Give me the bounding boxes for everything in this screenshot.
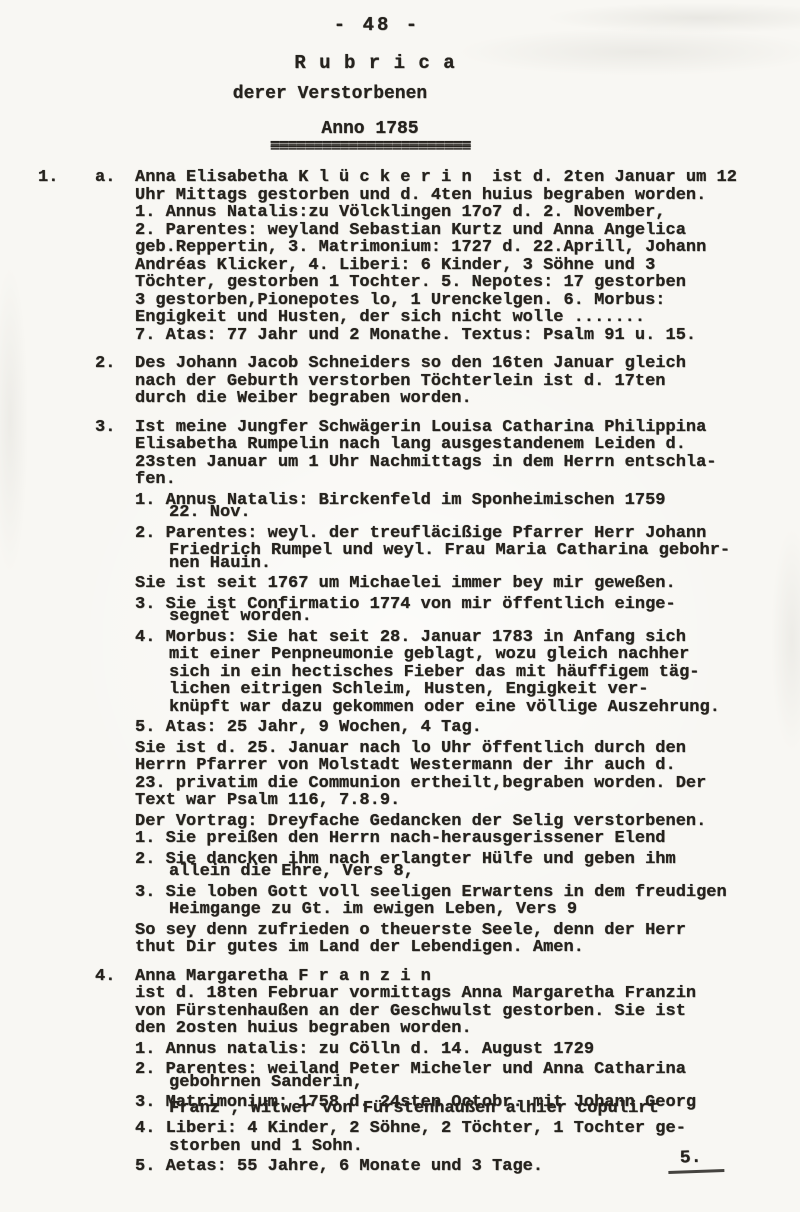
entry-line: nach der Geburth verstorben Töchterlein … xyxy=(135,373,784,391)
entry-block: 5. Atas: 25 Jahr, 9 Wochen, 4 Tag. xyxy=(135,719,784,737)
entry-line: Elisabetha Rumpelin nach lang ausgestand… xyxy=(135,436,784,454)
entry-line: Franz , Witwer von Fürstenhaußen alhier … xyxy=(135,1100,784,1118)
entry-line: Ist meine Jungfer Schwägerin Louisa Cath… xyxy=(135,419,784,437)
entry-block: So sey denn zufrieden o theuerste Seele,… xyxy=(135,922,784,957)
entry-line: fen. xyxy=(135,471,784,489)
entry-line: 3. Sie loben Gott voll seeligen Erwarten… xyxy=(135,884,784,902)
entry-block: Sie ist seit 1767 um Michaelei immer bey… xyxy=(135,575,784,593)
entry-line: 4. Morbus: Sie hat seit 28. Januar 1783 … xyxy=(135,629,784,647)
entry-line: 5. Atas: 25 Jahr, 9 Wochen, 4 Tag. xyxy=(135,719,784,737)
entry-line: lichen eitrigen Schleim, Husten, Engigke… xyxy=(135,681,784,699)
entry-number: 1. xyxy=(38,169,95,187)
document-header: - 48 - R u b r i c a derer Verstorbenen … xyxy=(0,0,800,153)
entry-subnumber: 2. xyxy=(95,355,135,373)
entry-block: 3. Sie loben Gott voll seeligen Erwarten… xyxy=(135,884,784,919)
entry-line: Anna Elisabetha K l ü c k e r i n ist d.… xyxy=(135,169,784,187)
entry-line: 23. privatim die Communion ertheilt,begr… xyxy=(135,775,784,793)
register-entry: 2.Des Johann Jacob Schneiders so den 16t… xyxy=(0,355,800,408)
entry-line: 2. Parentes: weyl. der treufläcißige Pfa… xyxy=(135,525,784,543)
entry-line: knüpft war dazu gekommen oder eine völli… xyxy=(135,699,784,717)
entry-line: So sey denn zufrieden o theuerste Seele,… xyxy=(135,922,784,940)
register-entry: 3.Ist meine Jungfer Schwägerin Louisa Ca… xyxy=(0,419,800,957)
entry-line: Andréas Klicker, 4. Liberi: 6 Kinder, 3 … xyxy=(135,257,784,275)
entry-line: Engigkeit und Husten, der sich nicht wol… xyxy=(135,309,784,327)
entry-line: 2. Parentes: weyland Sebastian Kurtz und… xyxy=(135,222,784,240)
entry-block: 1. Annus Natalis: Birckenfeld im Sponhei… xyxy=(135,492,784,522)
entry-line: 23sten Januar um 1 Uhr Nachmittags in de… xyxy=(135,454,784,472)
entry-subnumber: 3. xyxy=(95,419,135,437)
document-subtitle: derer Verstorbenen xyxy=(0,83,730,106)
entry-block: 1. Annus natalis: zu Cölln d. 14. August… xyxy=(135,1041,784,1059)
entry-block: 2. Parentes: weiland Peter Micheler und … xyxy=(135,1061,784,1091)
entry-block: 4. Morbus: Sie hat seit 28. Januar 1783 … xyxy=(135,629,784,717)
entry-line: 7. Atas: 77 Jahr und 2 Monathe. Textus: … xyxy=(135,327,784,345)
entry-block: 2. Parentes: weyl. der treufläcißige Pfa… xyxy=(135,525,784,573)
entry-line: Der Vortrag: Dreyfache Gedancken der Sel… xyxy=(135,813,784,831)
entry-block: Anna Elisabetha K l ü c k e r i n ist d.… xyxy=(135,169,784,344)
entry-line: 4. Liberi: 4 Kinder, 2 Söhne, 2 Töchter,… xyxy=(135,1120,784,1138)
entry-line: Sie ist seit 1767 um Michaelei immer bey… xyxy=(135,575,784,593)
entry-line: Text war Psalm 116, 7.8.9. xyxy=(135,792,784,810)
register-entry: 4.Anna Margaretha F r a n z i nist d. 18… xyxy=(0,968,800,1176)
entry-block: Der Vortrag: Dreyfache Gedancken der Sel… xyxy=(135,813,784,848)
entry-block: 2. Sie dancken ihm nach erlangter Hülfe … xyxy=(135,851,784,881)
entry-block: Sie ist d. 25. Januar nach lo Uhr öffent… xyxy=(135,740,784,810)
entry-block: Anna Margaretha F r a n z i nist d. 18te… xyxy=(135,968,784,1038)
entry-line: geb.Reppertin, 3. Matrimonium: 1727 d. 2… xyxy=(135,239,784,257)
entry-block: 3. Matrimonium: 1758 d. 24sten Octobr. m… xyxy=(135,1094,784,1117)
register-entry: 1.a.Anna Elisabetha K l ü c k e r i n is… xyxy=(0,169,800,344)
entry-body: Ist meine Jungfer Schwägerin Louisa Cath… xyxy=(135,419,800,957)
entry-body: Anna Margaretha F r a n z i nist d. 18te… xyxy=(135,968,800,1176)
entry-line: 1. Annus natalis: zu Cölln d. 14. August… xyxy=(135,1041,784,1059)
document-page: - 48 - R u b r i c a derer Verstorbenen … xyxy=(0,0,800,1212)
document-title: R u b r i c a xyxy=(0,51,775,75)
entry-line: thut Dir gutes im Land der Lebendigen. A… xyxy=(135,939,784,957)
entry-line: ist d. 18ten Februar vormittags Anna Mar… xyxy=(135,985,784,1003)
page-number-top: - 48 - xyxy=(0,13,777,37)
entry-line: 3 gestorben,Pionepotes lo, 1 Urenckelgen… xyxy=(135,292,784,310)
entry-body: Des Johann Jacob Schneiders so den 16ten… xyxy=(135,355,800,408)
entry-line: Anna Margaretha F r a n z i n xyxy=(135,968,784,986)
entry-line: den 2osten huius begraben worden. xyxy=(135,1020,784,1038)
entry-line: Sie ist d. 25. Januar nach lo Uhr öffent… xyxy=(135,740,784,758)
entry-line: Uhr Mittags gestorben und d. 4ten huius … xyxy=(135,187,784,205)
entry-line: Herrn Pfarrer von Molstadt Westermann de… xyxy=(135,757,784,775)
entry-line: 1. Annus Natalis:zu Völcklingen 17o7 d. … xyxy=(135,204,784,222)
entry-line: sich in ein hectisches Fieber das mit hä… xyxy=(135,664,784,682)
entry-line: von Fürstenhaußen an der Geschwulst gest… xyxy=(135,1003,784,1021)
entry-block: 3. Sie ist Confirmatio 1774 von mir öffe… xyxy=(135,596,784,626)
entry-line: Töchter, gestorben 1 Tochter. 5. Nepotes… xyxy=(135,274,784,292)
entry-line: Heimgange zu Gt. im ewigen Leben, Vers 9 xyxy=(135,901,784,919)
entry-line: 1. Sie preißen den Herrn nach-herausgeri… xyxy=(135,830,784,848)
anno-underline: ======================= xyxy=(0,141,770,153)
entry-subnumber: 4. xyxy=(95,968,135,986)
death-register-entries: 1.a.Anna Elisabetha K l ü c k e r i n is… xyxy=(0,169,800,1176)
entry-line: Des Johann Jacob Schneiders so den 16ten… xyxy=(135,355,784,373)
page-number-bottom: 5. xyxy=(668,1147,724,1174)
entry-subnumber: a. xyxy=(95,169,135,187)
entry-line: mit einer Penpneumonie geblagt, wozu gle… xyxy=(135,646,784,664)
entry-line: durch die Weiber begraben worden. xyxy=(135,390,784,408)
entry-body: Anna Elisabetha K l ü c k e r i n ist d.… xyxy=(135,169,800,344)
entry-block: Ist meine Jungfer Schwägerin Louisa Cath… xyxy=(135,419,784,489)
entry-block: Des Johann Jacob Schneiders so den 16ten… xyxy=(135,355,784,408)
